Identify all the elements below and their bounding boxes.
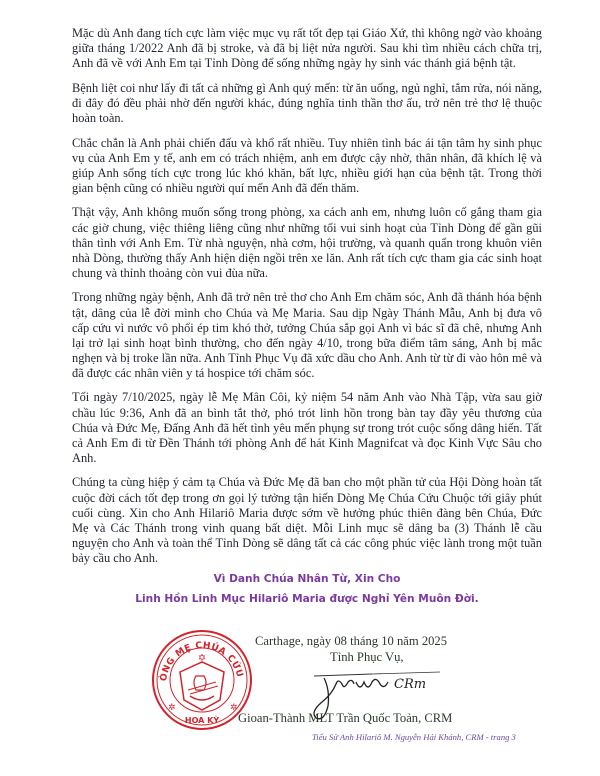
svg-text:✲: ✲ <box>168 702 176 712</box>
paragraph-4: Thật vậy, Anh không muốn sống trong phòn… <box>72 205 542 280</box>
paragraph-7: Chúng ta cùng hiệp ý cảm tạ Chúa và Đức … <box>72 475 542 566</box>
paragraph-2: Bệnh liệt coi như lấy đi tất cả những gì… <box>72 81 542 126</box>
document-body: Mặc dù Anh đang tích cực làm việc mục vụ… <box>72 26 542 609</box>
svg-text:✡: ✡ <box>198 653 206 664</box>
svg-text:✲: ✲ <box>230 702 238 712</box>
prayer-line-1: Vì Danh Chúa Nhân Từ, Xin Cho <box>72 569 542 589</box>
place-date: Carthage, ngày 08 tháng 10 năm 2025 <box>255 634 447 649</box>
paragraph-1: Mặc dù Anh đang tích cực làm việc mục vụ… <box>72 26 542 71</box>
svg-text:HOA KỲ: HOA KỲ <box>185 714 219 725</box>
signer-name: Gioan-Thành MLT Trần Quốc Toản, CRM <box>238 711 452 726</box>
paragraph-5: Trong những ngày bệnh, Anh đã trở nên tr… <box>72 290 542 381</box>
paragraph-6: Tối ngày 7/10/2025, ngày lễ Mẹ Mân Côi, … <box>72 390 542 465</box>
svg-text:CRm: CRm <box>394 677 426 692</box>
prayer-line-2: Linh Hồn Linh Mục Hilariô Maria được Ngh… <box>72 589 542 609</box>
page-footer: Tiểu Sử Anh Hilariô M. Nguyễn Hải Khánh,… <box>312 732 516 742</box>
paragraph-3: Chắc chắn là Anh phải chiến đấu và khổ r… <box>72 136 542 196</box>
signer-role: Tỉnh Phục Vụ, <box>330 650 404 665</box>
